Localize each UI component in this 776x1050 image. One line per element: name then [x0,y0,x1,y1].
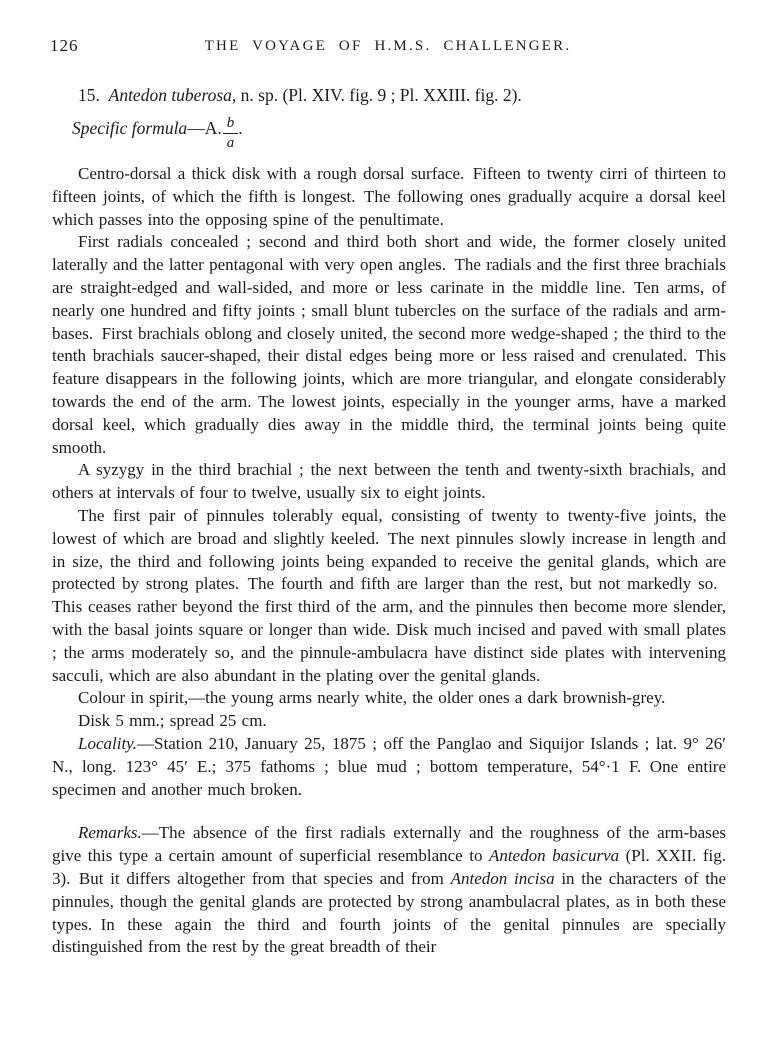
paragraph-pinnules: The first pair of pinnules tolerably equ… [52,505,726,687]
fraction-denominator: a [223,134,239,151]
italic-text-run: Antedon tuberosa [109,85,232,105]
paragraph-colour: Colour in spirit,—the young arms nearly … [52,687,726,710]
italic-text-run: Antedon incisa [451,869,555,888]
fraction-numerator: b [223,116,239,134]
italic-text-run: Remarks. [78,823,142,842]
text-run: The first pair of pinnules tolerably equ… [52,506,726,685]
paragraph-remarks: Remarks.—The absence of the first radial… [52,822,726,959]
text-run: —A. [187,118,222,138]
text-run: First radials concealed ; second and thi… [52,232,726,456]
text-run: Colour in spirit,—the young arms nearly … [78,688,665,707]
text-run: Disk 5 mm.; spread 25 cm. [78,711,267,730]
running-header-title: THE VOYAGE OF H.M.S. CHALLENGER. [50,36,726,55]
text-run: , n. sp. (Pl. XIV. fig. 9 ; Pl. XXIII. f… [232,85,522,105]
page-number: 126 [50,36,79,56]
species-heading: 15. Antedon tuberosa, n. sp. (Pl. XIV. f… [52,84,726,107]
specific-formula-text: Specific formula—A. [72,118,222,138]
paragraph-locality: Locality.—Station 210, January 25, 1875 … [52,733,726,801]
italic-text-run: Locality. [78,734,137,753]
text-run: 15. [78,85,109,105]
book-page: 126 THE VOYAGE OF H.M.S. CHALLENGER. 15.… [0,0,776,1050]
species-heading-text: 15. Antedon tuberosa, n. sp. (Pl. XIV. f… [78,85,522,105]
formula-fraction: ba [223,116,239,151]
paragraph-radials: First radials concealed ; second and thi… [52,231,726,459]
text-run: A syzygy in the third brachial ; the nex… [52,460,726,502]
paragraph-centro-dorsal: Centro-dorsal a thick disk with a rough … [52,163,726,231]
paragraph-dimensions: Disk 5 mm.; spread 25 cm. [52,710,726,733]
body-text: Centro-dorsal a thick disk with a rough … [52,163,726,959]
specific-formula: Specific formula—A.ba. [52,116,726,151]
formula-period: . [238,118,242,138]
page-content: 15. Antedon tuberosa, n. sp. (Pl. XIV. f… [52,76,726,959]
page-header: 126 THE VOYAGE OF H.M.S. CHALLENGER. [50,36,726,58]
italic-text-run: Specific formula [72,118,187,138]
paragraph-syzygy: A syzygy in the third brachial ; the nex… [52,459,726,505]
italic-text-run: Antedon basicurva [489,846,619,865]
text-run: Centro-dorsal a thick disk with a rough … [52,164,726,229]
text-run: —Station 210, January 25, 1875 ; off the… [52,734,726,799]
